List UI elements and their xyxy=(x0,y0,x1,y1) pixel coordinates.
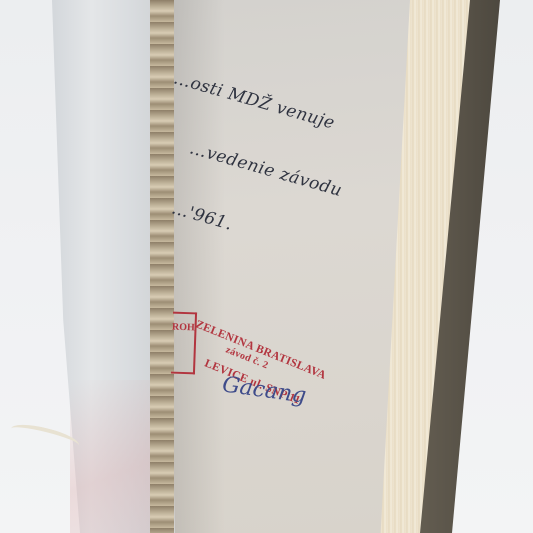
book-photo: …osti MDŽ venuje …vedenie závodu …'961. … xyxy=(0,0,533,533)
stamp-box-label: ROH xyxy=(172,322,195,334)
cover-tint xyxy=(70,380,160,533)
torn-spine xyxy=(150,0,174,533)
